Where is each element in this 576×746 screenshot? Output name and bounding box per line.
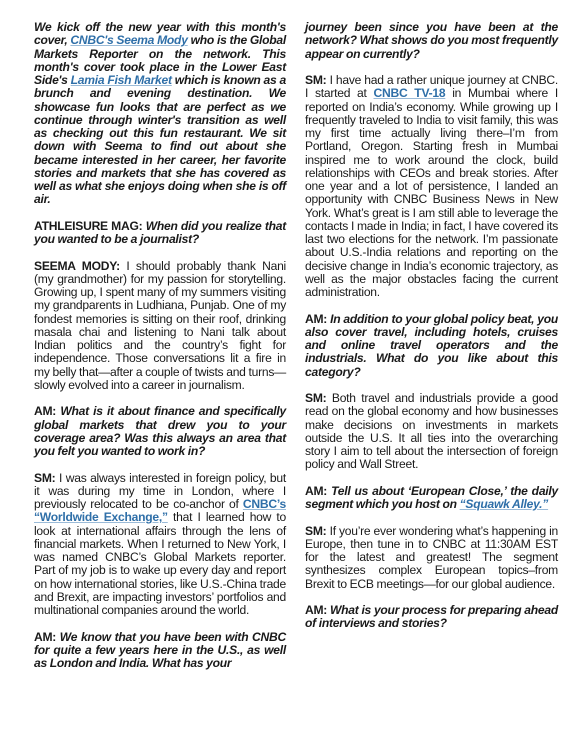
answer-4: SM: Both travel and industrials provide … xyxy=(305,392,558,472)
speaker-label: AM: xyxy=(305,312,327,326)
answer-text: Both travel and industrials provide a go… xyxy=(305,391,558,471)
right-column: journey been since you have been at the … xyxy=(305,21,558,644)
lamia-fish-market-link[interactable]: Lamia Fish Market xyxy=(71,73,172,87)
speaker-label: SM: xyxy=(305,73,326,87)
seema-mody-link[interactable]: CNBC's Seema Mody xyxy=(70,33,187,47)
speaker-label: AM: xyxy=(305,603,327,617)
question-5: AM: Tell us about ‘European Close,’ the … xyxy=(305,485,558,512)
speaker-label: AM: xyxy=(34,630,56,644)
question-text: We know that you have been with CNBC for… xyxy=(34,630,286,671)
speaker-label: SM: xyxy=(305,524,326,538)
intro-text: which is known as a brunch and evening d… xyxy=(34,73,286,206)
speaker-label: SM: xyxy=(305,391,326,405)
cnbc-tv18-link[interactable]: CNBC TV-18 xyxy=(374,86,446,100)
intro-paragraph: We kick off the new year with this month… xyxy=(34,21,286,207)
answer-text: in Mumbai where I reported on India’s ec… xyxy=(305,86,558,299)
question-text: journey been since you have been at the … xyxy=(305,20,558,61)
question-4: AM: In addition to your global policy be… xyxy=(305,313,558,379)
answer-text: that I learned how to look at internatio… xyxy=(34,510,286,617)
question-1: ATHLEISURE MAG: When did you realize tha… xyxy=(34,220,286,247)
speaker-label: SM: xyxy=(34,471,55,485)
answer-text: If you’re ever wondering what’s happenin… xyxy=(305,524,558,591)
question-6: AM: What is your process for preparing a… xyxy=(305,604,558,631)
squawk-alley-link[interactable]: “Squawk Alley.” xyxy=(460,497,548,511)
question-text: What is your process for preparing ahead… xyxy=(305,603,558,630)
magazine-page: We kick off the new year with this month… xyxy=(0,0,576,746)
question-3: AM: We know that you have been with CNBC… xyxy=(34,631,286,671)
question-3-continued: journey been since you have been at the … xyxy=(305,21,558,61)
question-text: In addition to your global policy beat, … xyxy=(305,312,558,379)
left-column: We kick off the new year with this month… xyxy=(34,21,286,684)
answer-3: SM: I have had a rather unique journey a… xyxy=(305,74,558,299)
answer-2: SM: I was always interested in foreign p… xyxy=(34,472,286,618)
answer-text: I should probably thank Nani (my grandmo… xyxy=(34,259,286,392)
speaker-label: AM: xyxy=(305,484,327,498)
speaker-label: SEEMA MODY: xyxy=(34,259,120,273)
question-text: What is it about finance and specificall… xyxy=(34,404,286,458)
speaker-label: ATHLEISURE MAG: xyxy=(34,219,142,233)
answer-5: SM: If you’re ever wondering what’s happ… xyxy=(305,525,558,591)
question-2: AM: What is it about finance and specifi… xyxy=(34,405,286,458)
speaker-label: AM: xyxy=(34,404,56,418)
answer-1: SEEMA MODY: I should probably thank Nani… xyxy=(34,260,286,393)
